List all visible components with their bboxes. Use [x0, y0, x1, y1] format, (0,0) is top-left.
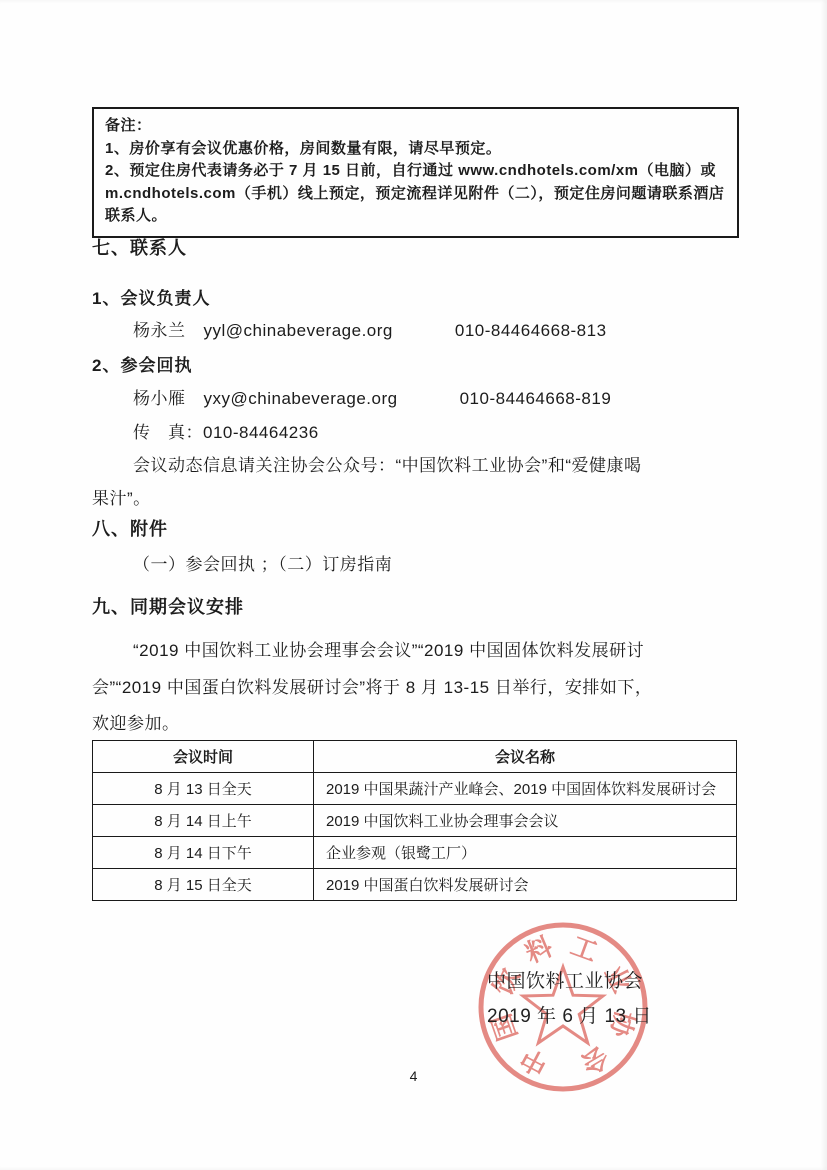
note-box: 备注： 1、房价享有会议优惠价格，房间数量有限，请尽早预定。 2、预定住房代表请… [92, 107, 739, 238]
table-header-time: 会议时间 [93, 741, 314, 773]
table-row: 8 月 14 日下午 企业参观（银鹭工厂） [93, 837, 737, 869]
section-heading-attachments: 八、附件 [92, 515, 168, 541]
table-row: 8 月 13 日全天 2019 中国果蔬汁产业峰会、2019 中国固体饮料发展研… [93, 773, 737, 805]
table-header-name: 会议名称 [314, 741, 737, 773]
meeting-time: 8 月 14 日上午 [93, 805, 314, 837]
meeting-name: 企业参观（银鹭工厂） [314, 837, 737, 869]
contact-row-meeting-lead: 杨永兰yyl@chinabeverage.org010-84464668-813 [133, 316, 607, 341]
section-heading-concurrent-meetings: 九、同期会议安排 [92, 593, 244, 619]
wechat-note-line: 会议动态信息请关注协会公众号：“中国饮料工业协会”和“爱健康喝 [133, 451, 641, 476]
concurrent-paragraph-line: 会”“2019 中国蛋白饮料发展研讨会”将于 8 月 13-15 日举行，安排如… [92, 673, 652, 698]
note-line: 2、预定住房代表请务必于 7 月 15 日前，自行通过 www.cndhotel… [105, 160, 726, 183]
contact-row-registration: 杨小雁yxy@chinabeverage.org010-84464668-819 [133, 384, 611, 409]
wechat-note-line: 果汁”。 [92, 484, 151, 509]
note-line: 备注： [105, 115, 726, 138]
contact-email: yyl@chinabeverage.org [204, 321, 393, 340]
attachments-line: （一）参会回执 ；（二）订房指南 [133, 550, 392, 575]
concurrent-paragraph-line: “2019 中国饮料工业协会理事会会议”“2019 中国固体饮料发展研讨 [133, 636, 644, 661]
signature-organization: 中国饮料工业协会 [487, 966, 643, 993]
contact-phone: 010-84464668-819 [460, 389, 612, 408]
meeting-schedule-table: 会议时间 会议名称 8 月 13 日全天 2019 中国果蔬汁产业峰会、2019… [92, 740, 737, 901]
contact-name: 杨永兰 [133, 321, 186, 340]
meeting-time: 8 月 14 日下午 [93, 837, 314, 869]
contact-email: yxy@chinabeverage.org [204, 389, 398, 408]
note-line: 联系人。 [105, 205, 726, 228]
note-line: m.cndhotels.com（手机）线上预定，预定流程详见附件（二），预定住房… [105, 183, 726, 206]
meeting-time: 8 月 13 日全天 [93, 773, 314, 805]
page-number: 4 [0, 1068, 827, 1084]
meeting-name: 2019 中国饮料工业协会理事会会议 [314, 805, 737, 837]
meeting-time: 8 月 15 日全天 [93, 869, 314, 901]
meeting-name: 2019 中国果蔬汁产业峰会、2019 中国固体饮料发展研讨会 [314, 773, 737, 805]
table-header-row: 会议时间 会议名称 [93, 741, 737, 773]
document-page: 备注： 1、房价享有会议优惠价格，房间数量有限，请尽早预定。 2、预定住房代表请… [0, 0, 827, 1170]
table-row: 8 月 14 日上午 2019 中国饮料工业协会理事会会议 [93, 805, 737, 837]
section-heading-contacts: 七、联系人 [92, 234, 187, 260]
subheading-meeting-lead: 1、会议负责人 [92, 284, 210, 309]
subheading-registration-receipt: 2、参会回执 [92, 351, 192, 376]
signature-date: 2019 年 6 月 13 日 [487, 1001, 652, 1028]
contact-name: 杨小雁 [133, 389, 186, 408]
contact-phone: 010-84464668-813 [455, 321, 607, 340]
seal-char: 料 [521, 931, 557, 969]
fax-line: 传 真：010-84464236 [133, 418, 319, 443]
note-line: 1、房价享有会议优惠价格，房间数量有限，请尽早预定。 [105, 138, 726, 161]
concurrent-paragraph-line: 欢迎参加。 [92, 709, 180, 734]
seal-char: 工 [567, 930, 602, 967]
